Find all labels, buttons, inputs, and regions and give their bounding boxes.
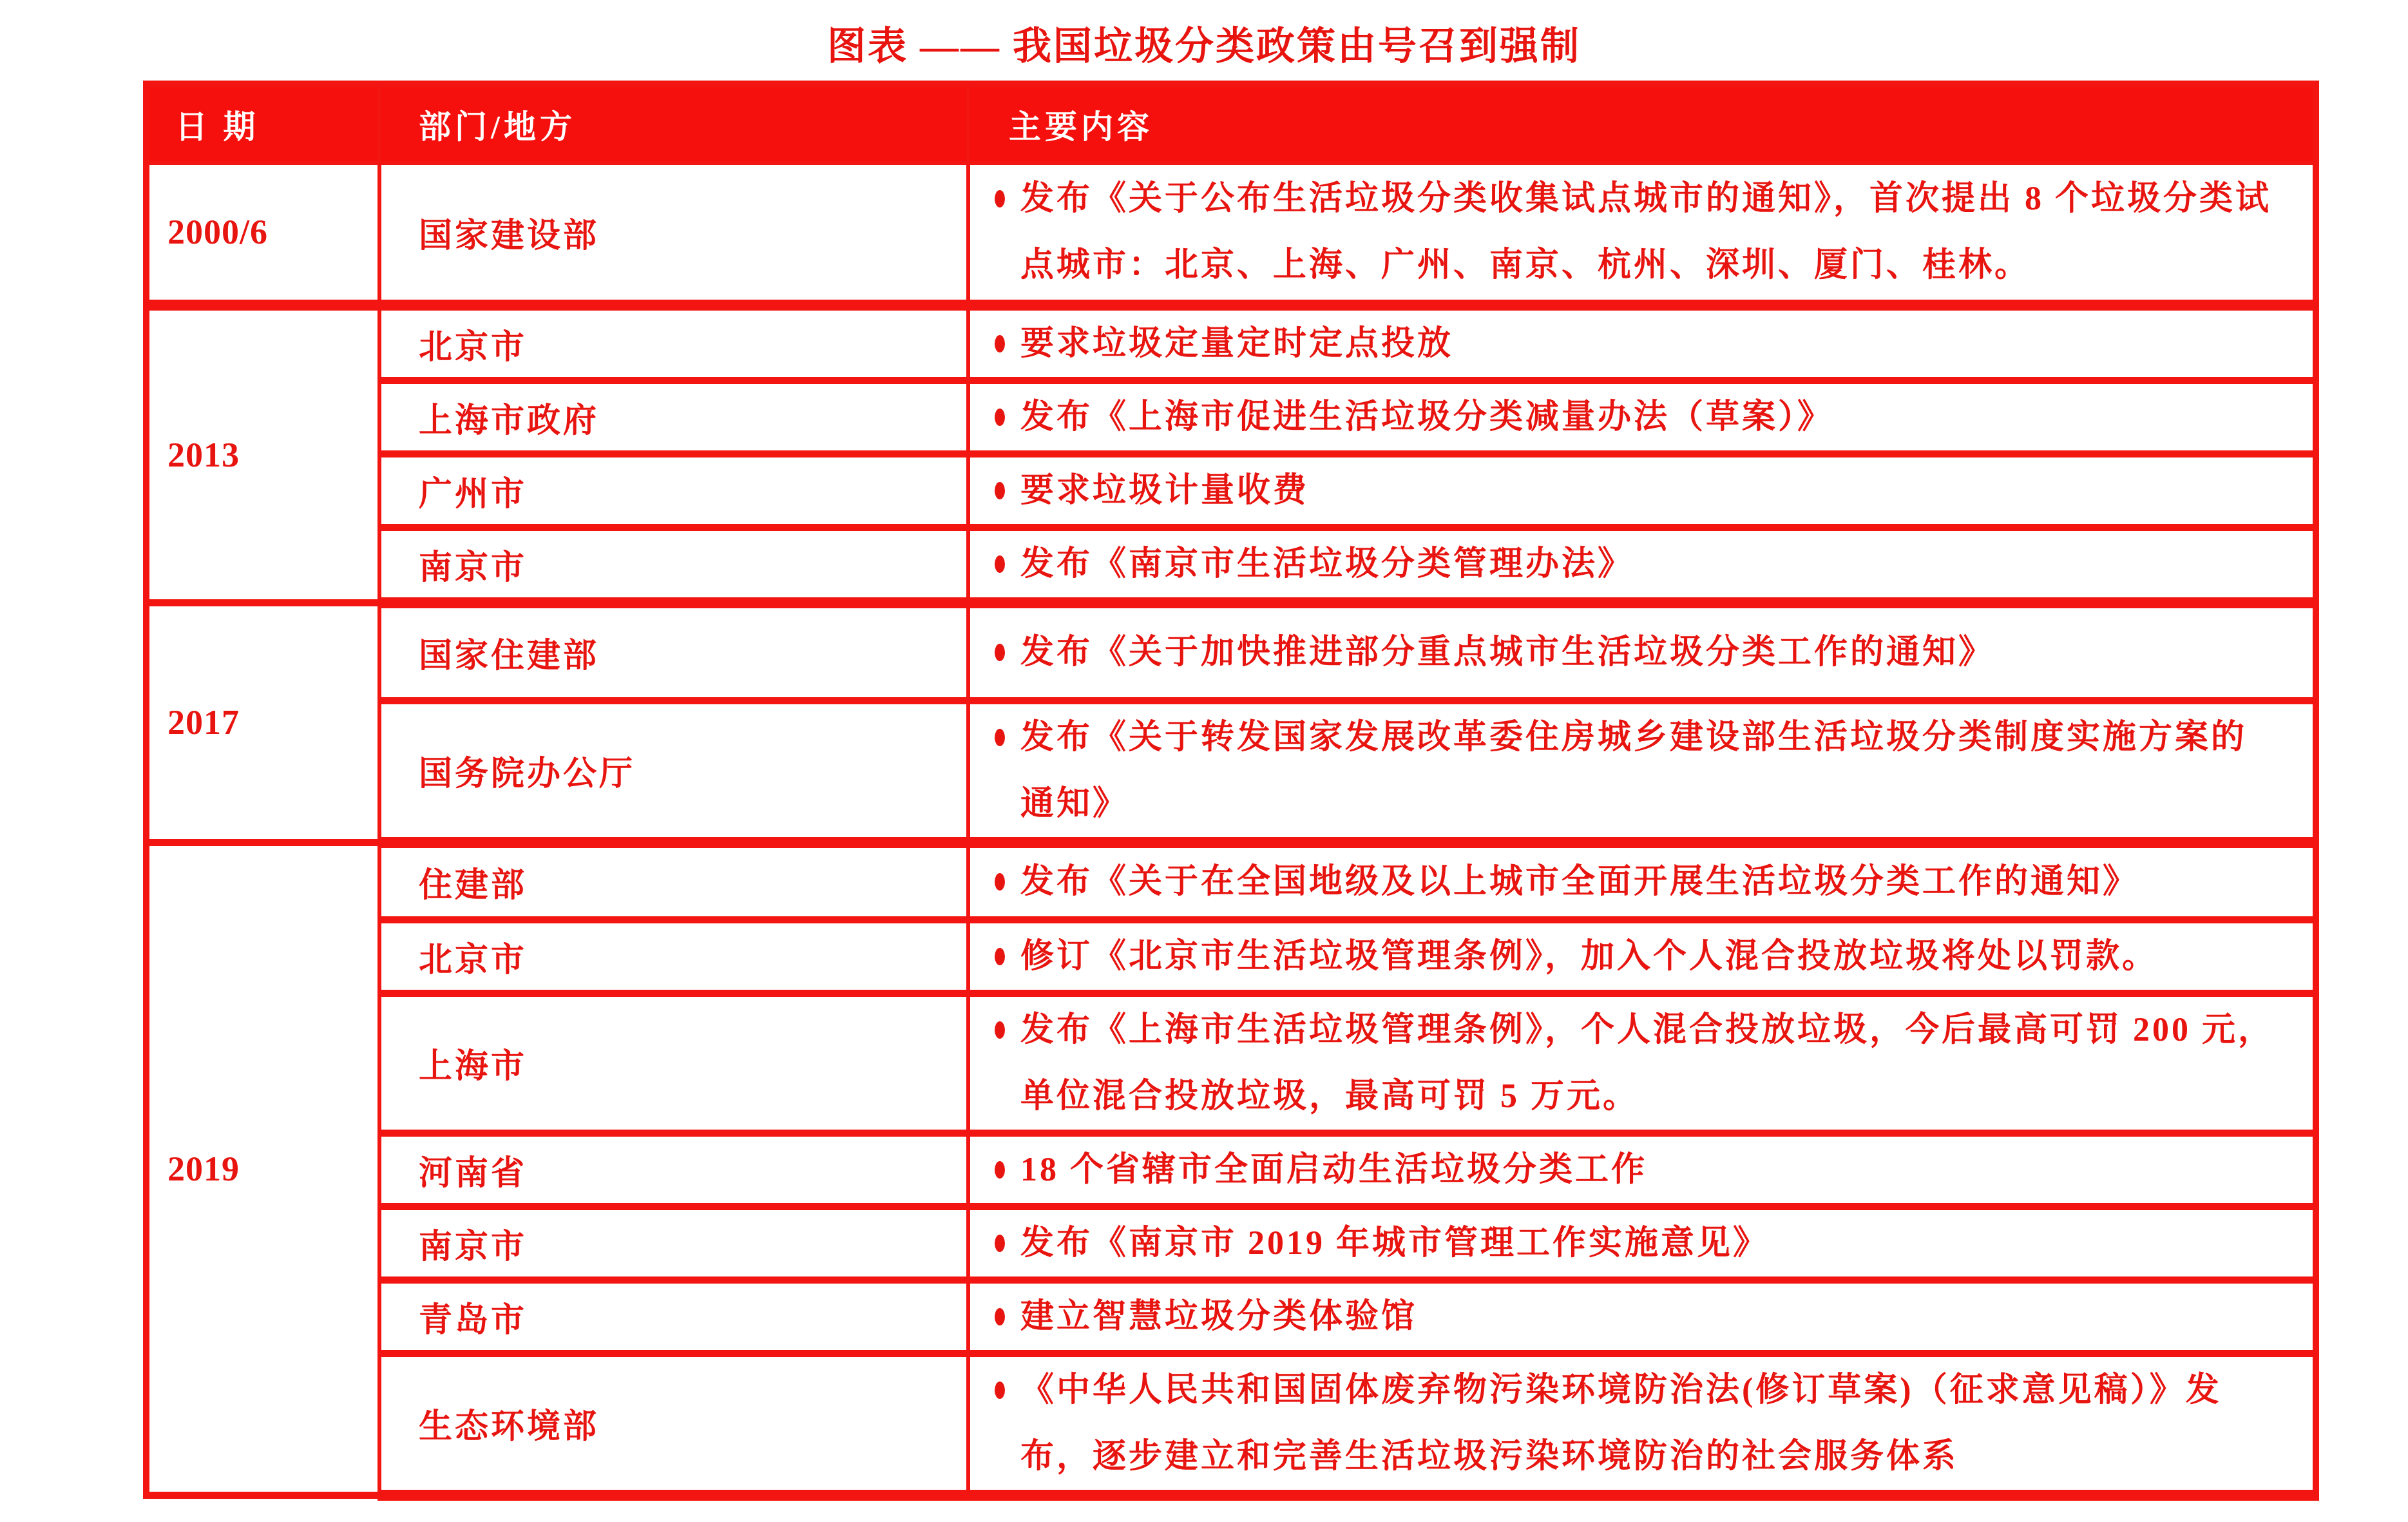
content-text: 发布《关于在全国地级及以上城市全面开展生活垃圾分类工作的通知》 bbox=[1020, 849, 2139, 915]
dept-cell: 上海市 bbox=[379, 993, 968, 1133]
content-cell: 发布《关于加快推进部分重点城市生活垃圾分类工作的通知》 bbox=[968, 602, 2316, 700]
table-row: 南京市 发布《南京市生活垃圾分类管理办法》 bbox=[146, 527, 2316, 602]
content-cell: 《中华人民共和国固体废弃物污染环境防治法(修订草案)（征求意见稿）》发布，逐步建… bbox=[968, 1353, 2316, 1495]
bullet-icon bbox=[995, 1308, 1005, 1325]
dept-cell: 国家住建部 bbox=[379, 602, 968, 700]
table-row: 2013 北京市 要求垃圾定量定时定点投放 bbox=[146, 305, 2316, 380]
table-row: 上海市政府 发布《上海市促进生活垃圾分类减量办法（草案）》 bbox=[146, 380, 2316, 454]
header-dept: 部门/地方 bbox=[379, 84, 968, 163]
table-row: 2017 国家住建部 发布《关于加快推进部分重点城市生活垃圾分类工作的通知》 bbox=[146, 602, 2316, 700]
content-cell: 发布《关于公布生活垃圾分类收集试点城市的通知》，首次提出 8 个垃圾分类试点城市… bbox=[968, 163, 2316, 305]
content-cell: 发布《上海市促进生活垃圾分类减量办法（草案）》 bbox=[968, 380, 2316, 454]
content-cell: 发布《上海市生活垃圾管理条例》，个人混合投放垃圾，今后最高可罚 200 元，单位… bbox=[968, 993, 2316, 1133]
bullet-icon bbox=[995, 873, 1005, 891]
bullet-icon bbox=[995, 190, 1005, 207]
table-row: 南京市 发布《南京市 2019 年城市管理工作实施意见》 bbox=[146, 1206, 2316, 1280]
table-row: 青岛市 建立智慧垃圾分类体验馆 bbox=[146, 1280, 2316, 1353]
content-text: 发布《关于转发国家发展改革委住房城乡建设部生活垃圾分类制度实施方案的通知》 bbox=[1020, 704, 2277, 837]
header-date: 日 期 bbox=[146, 84, 379, 163]
content-text: 发布《上海市生活垃圾管理条例》，个人混合投放垃圾，今后最高可罚 200 元，单位… bbox=[1020, 997, 2277, 1130]
bullet-icon bbox=[995, 948, 1005, 965]
bullet-icon bbox=[995, 1021, 1005, 1039]
date-cell: 2019 bbox=[146, 842, 379, 1495]
table-row: 国务院办公厅 发布《关于转发国家发展改革委住房城乡建设部生活垃圾分类制度实施方案… bbox=[146, 700, 2316, 842]
table-row: 2000/6 国家建设部 发布《关于公布生活垃圾分类收集试点城市的通知》，首次提… bbox=[146, 163, 2316, 305]
content-text: 发布《关于公布生活垃圾分类收集试点城市的通知》，首次提出 8 个垃圾分类试点城市… bbox=[1020, 166, 2277, 298]
bullet-icon bbox=[995, 1161, 1005, 1179]
date-cell: 2000/6 bbox=[146, 163, 379, 305]
dept-cell: 南京市 bbox=[379, 1206, 968, 1280]
table-row: 生态环境部 《中华人民共和国固体废弃物污染环境防治法(修订草案)（征求意见稿）》… bbox=[146, 1353, 2316, 1495]
dept-cell: 南京市 bbox=[379, 527, 968, 602]
content-text: 发布《南京市 2019 年城市管理工作实施意见》 bbox=[1020, 1210, 1769, 1276]
content-cell: 发布《南京市生活垃圾分类管理办法》 bbox=[968, 527, 2316, 602]
dept-cell: 上海市政府 bbox=[379, 380, 968, 454]
content-cell: 发布《关于在全国地级及以上城市全面开展生活垃圾分类工作的通知》 bbox=[968, 842, 2316, 920]
header-content: 主要内容 bbox=[968, 84, 2316, 163]
bullet-icon bbox=[995, 729, 1005, 746]
report-page: { "title": "图表 —— 我国垃圾分类政策由号召到强制", "colo… bbox=[0, 0, 2408, 1522]
bullet-icon bbox=[995, 1235, 1005, 1252]
content-text: 发布《关于加快推进部分重点城市生活垃圾分类工作的通知》 bbox=[1020, 619, 1994, 686]
dept-cell: 北京市 bbox=[379, 305, 968, 380]
bullet-icon bbox=[995, 335, 1005, 352]
dept-cell: 青岛市 bbox=[379, 1280, 968, 1353]
table-row: 广州市 要求垃圾计量收费 bbox=[146, 454, 2316, 527]
dept-cell: 广州市 bbox=[379, 454, 968, 527]
content-text: 发布《南京市生活垃圾分类管理办法》 bbox=[1020, 531, 1634, 597]
content-text: 18 个省辖市全面启动生活垃圾分类工作 bbox=[1020, 1137, 1647, 1203]
content-cell: 发布《南京市 2019 年城市管理工作实施意见》 bbox=[968, 1206, 2316, 1280]
dept-cell: 生态环境部 bbox=[379, 1353, 968, 1495]
table-row: 上海市 发布《上海市生活垃圾管理条例》，个人混合投放垃圾，今后最高可罚 200 … bbox=[146, 993, 2316, 1133]
content-cell: 要求垃圾定量定时定点投放 bbox=[968, 305, 2316, 380]
policy-table: 日 期 部门/地方 主要内容 2000/6 国家建设部 发布《关于公布生活垃圾分… bbox=[143, 81, 2319, 1501]
content-text: 建立智慧垃圾分类体验馆 bbox=[1020, 1284, 1417, 1350]
content-text: 《中华人民共和国固体废弃物污染环境防治法(修订草案)（征求意见稿）》发布，逐步建… bbox=[1020, 1357, 2277, 1490]
content-cell: 18 个省辖市全面启动生活垃圾分类工作 bbox=[968, 1133, 2316, 1206]
content-cell: 建立智慧垃圾分类体验馆 bbox=[968, 1280, 2316, 1353]
content-cell: 修订《北京市生活垃圾管理条例》，加入个人混合投放垃圾将处以罚款。 bbox=[968, 920, 2316, 993]
date-cell: 2013 bbox=[146, 305, 379, 602]
bullet-icon bbox=[995, 644, 1005, 661]
dept-cell: 北京市 bbox=[379, 920, 968, 993]
content-text: 要求垃圾计量收费 bbox=[1020, 458, 1309, 524]
header-row: 日 期 部门/地方 主要内容 bbox=[146, 84, 2316, 163]
content-text: 发布《上海市促进生活垃圾分类减量办法（草案）》 bbox=[1020, 384, 1833, 450]
bullet-icon bbox=[995, 409, 1005, 426]
dept-cell: 河南省 bbox=[379, 1133, 968, 1206]
dept-cell: 国家建设部 bbox=[379, 163, 968, 305]
dept-cell: 住建部 bbox=[379, 842, 968, 920]
page-title: 图表 —— 我国垃圾分类政策由号召到强制 bbox=[0, 15, 2408, 71]
table-row: 河南省 18 个省辖市全面启动生活垃圾分类工作 bbox=[146, 1133, 2316, 1206]
bullet-icon bbox=[995, 1382, 1005, 1399]
date-cell: 2017 bbox=[146, 602, 379, 842]
content-cell: 要求垃圾计量收费 bbox=[968, 454, 2316, 527]
dept-cell: 国务院办公厅 bbox=[379, 700, 968, 842]
bullet-icon bbox=[995, 482, 1005, 499]
content-cell: 发布《关于转发国家发展改革委住房城乡建设部生活垃圾分类制度实施方案的通知》 bbox=[968, 700, 2316, 842]
content-text: 要求垃圾定量定时定点投放 bbox=[1020, 311, 1453, 377]
bullet-icon bbox=[995, 555, 1005, 573]
table-row: 2019 住建部 发布《关于在全国地级及以上城市全面开展生活垃圾分类工作的通知》 bbox=[146, 842, 2316, 920]
content-text: 修订《北京市生活垃圾管理条例》，加入个人混合投放垃圾将处以罚款。 bbox=[1020, 923, 2158, 990]
table-row: 北京市 修订《北京市生活垃圾管理条例》，加入个人混合投放垃圾将处以罚款。 bbox=[146, 920, 2316, 993]
